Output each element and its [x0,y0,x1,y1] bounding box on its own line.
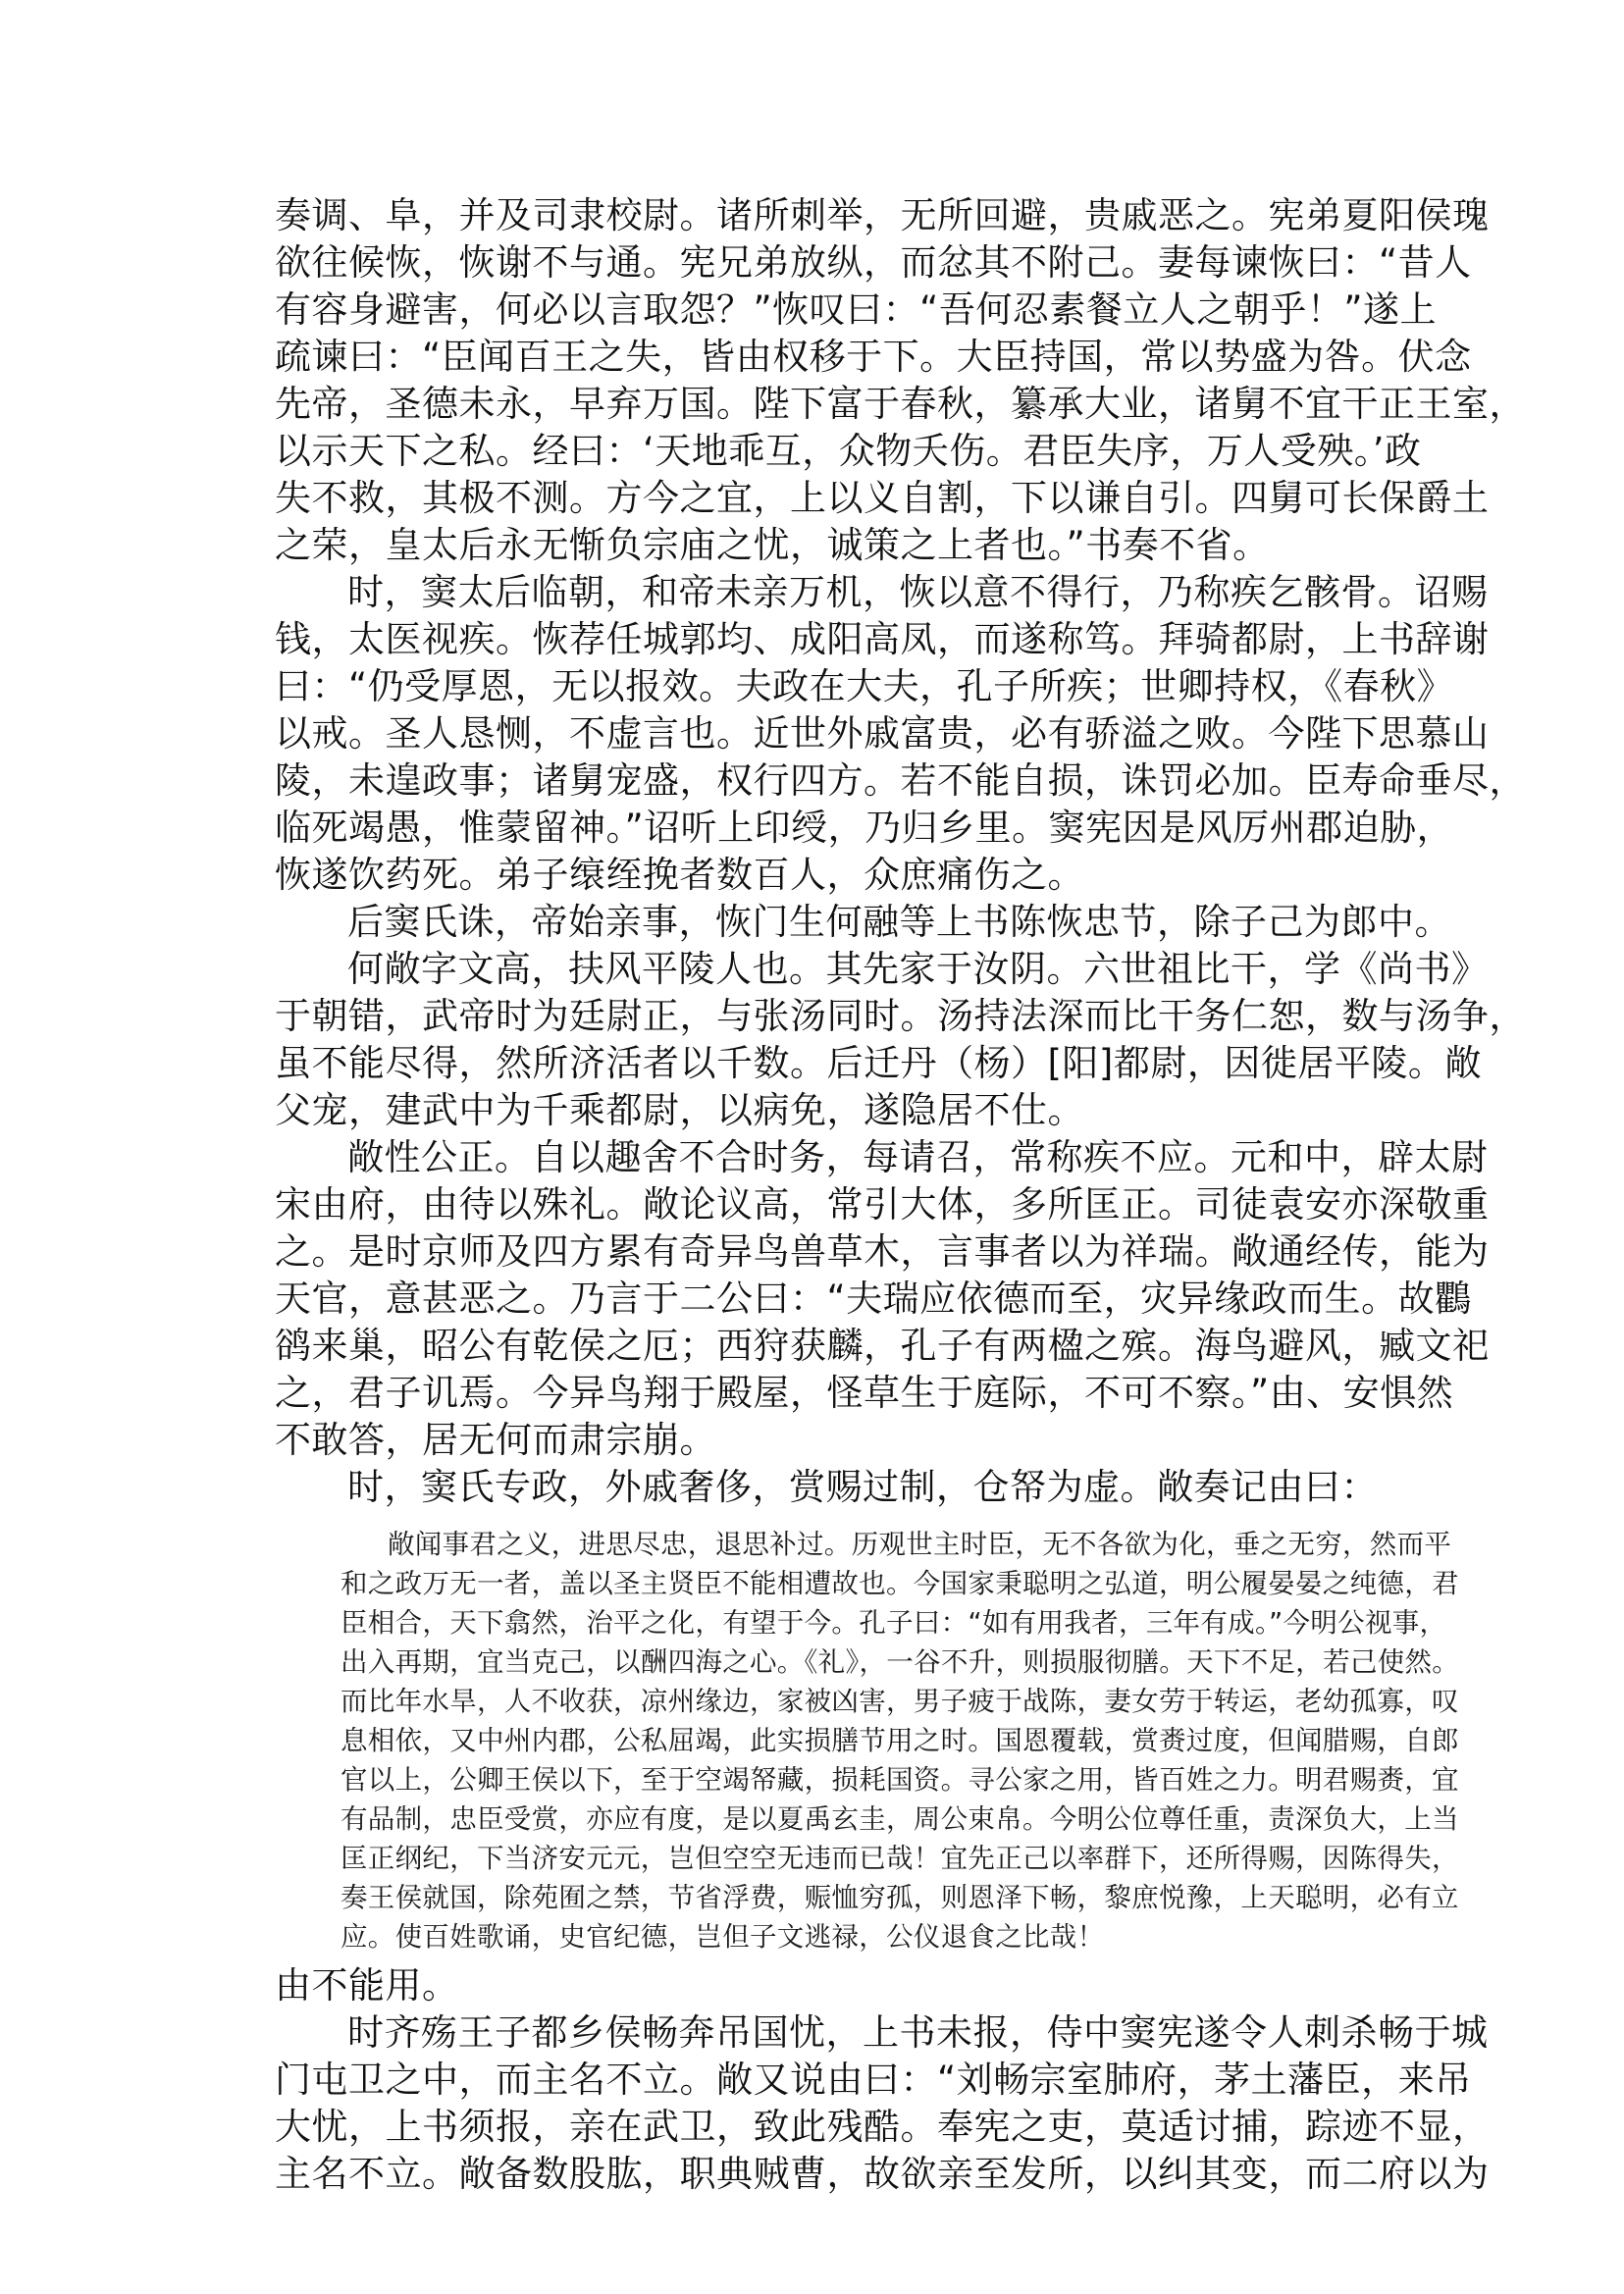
quote-line: 奏王侯就国，除苑囿之禁，节省浮费，赈恤穷孤，则恩泽下畅，黎庶悦豫，上天聪明，必有… [341,1878,1374,1917]
text-line: 时，窦氏专政，外戚奢侈，赏赐过制，仓帑为虚。敞奏记由曰： [275,1464,1374,1511]
text-line: 由不能用。 [275,1962,1374,2009]
quote-line: 和之政万无一者，盖以圣主贤臣不能相遭故也。今国家秉聪明之弘道，明公履晏晏之纯德，… [341,1564,1374,1603]
paragraph: 时齐殇王子都乡侯畅奔吊国忧，上书未报，侍中窦宪遂令人刺杀畅于城 门屯卫之中，而主… [275,2009,1374,2198]
text-line: 时，窦太后临朝，和帝未亲万机，恢以意不得行，乃称疾乞骸骨。诏赐 [275,569,1374,616]
text-line: 欲往候恢，恢谢不与通。宪兄弟放纵，而忿其不附己。妻每谏恢曰：“昔人 [275,239,1374,287]
text-line: 恢遂饮药死。弟子缞绖挽者数百人，众庶痛伤之。 [275,852,1374,899]
text-line: 以戒。圣人恳恻，不虚言也。近世外戚富贵，必有骄溢之败。今陛下思慕山 [275,710,1374,757]
text-line: 陵，未遑政事；诸舅宠盛，权行四方。若不能自损，诛罚必加。臣寿命垂尽， [275,757,1374,805]
text-line: 失不救，其极不测。方今之宜，上以义自割，下以谦自引。四舅可长保爵土 [275,475,1374,522]
quote-line: 有品制，忠臣受赏，亦应有度，是以夏禹玄圭，周公束帛。今明公位尊任重，责深负大，上… [341,1799,1374,1839]
text-line: 敞性公正。自以趣舍不合时务，每请召，常称疾不应。元和中，辟太尉 [275,1134,1374,1181]
text-line: 先帝，圣德未永，早弃万国。陛下富于春秋，纂承大业，诸舅不宜干正王室， [275,381,1374,428]
text-line: 主名不立。敞备数股肱，职典贼曹，故欲亲至发所，以纠其变，而二府以为 [275,2151,1374,2198]
paragraph: 奏调、阜，并及司隶校尉。诸所刺举，无所回避，贵戚恶之。宪弟夏阳侯瑰 欲往候恢，恢… [275,192,1374,569]
quote-line: 息相依，又中州内郡，公私屈竭，此实损膳节用之时。国恩覆载，赏赉过度，但闻腊赐，自… [341,1721,1374,1760]
quote-line: 臣相合，天下翕然，治平之化，有望于今。孔子曰：“如有用我者，三年有成。”今明公视… [341,1603,1374,1642]
text-line: 疏谏曰：“臣闻百王之失，皆由权移于下。大臣持国，常以势盛为咎。伏念 [275,334,1374,381]
paragraph: 后窦氏诛，帝始亲事，恢门生何融等上书陈恢忠节，除子己为郎中。 [275,899,1374,946]
text-line: 何敞字文高，扶风平陵人也。其先家于汝阴。六世祖比干，学《尚书》 [275,946,1374,993]
text-line: 之，君子讥焉。今异鸟翔于殿屋，怪草生于庭际，不可不察。”由、安惧然 [275,1370,1374,1417]
text-line: 之荣，皇太后永无惭负宗庙之忧，诚策之上者也。”书奏不省。 [275,522,1374,569]
text-line: 时齐殇王子都乡侯畅奔吊国忧，上书未报，侍中窦宪遂令人刺杀畅于城 [275,2009,1374,2057]
text-line: 奏调、阜，并及司隶校尉。诸所刺举，无所回避，贵戚恶之。宪弟夏阳侯瑰 [275,192,1374,239]
text-line: 有容身避害，何必以言取怨？”恢叹曰：“吾何忍素餐立人之朝乎！”遂上 [275,287,1374,334]
text-line: 父宠，建武中为千乘都尉，以病免，遂隐居不仕。 [275,1087,1374,1134]
quote-line: 出入再期，宜当克己，以酬四海之心。《礼》，一谷不升，则损服彻膳。天下不足，若己使… [341,1642,1374,1682]
text-line: 门屯卫之中，而主名不立。敞又说由曰：“刘畅宗室肺府，茅土藩臣，来吊 [275,2057,1374,2104]
paragraph: 时，窦氏专政，外戚奢侈，赏赐过制，仓帑为虚。敞奏记由曰： [275,1464,1374,1511]
text-line: 宋由府，由待以殊礼。敞论议高，常引大体，多所匡正。司徒袁安亦深敬重 [275,1181,1374,1228]
text-line: 不敢答，居无何而肃宗崩。 [275,1417,1374,1464]
quote-line: 而比年水旱，人不收获，凉州缘边，家被凶害，男子疲于战陈，妻女劳于转运，老幼孤寡，… [341,1682,1374,1721]
text-line: 鹆来巢，昭公有乾侯之厄；西狩获麟，孔子有两楹之殡。海鸟避风，臧文祀 [275,1323,1374,1370]
block-quote: 敞闻事君之义，进思尽忠，退思补过。历观世主时臣，无不各欲为化，垂之无穷，然而平 … [275,1525,1374,1956]
paragraph: 时，窦太后临朝，和帝未亲万机，恢以意不得行，乃称疾乞骸骨。诏赐 钱，太医视疾。恢… [275,569,1374,899]
quote-line: 敞闻事君之义，进思尽忠，退思补过。历观世主时臣，无不各欲为化，垂之无穷，然而平 [341,1525,1374,1564]
paragraph: 敞性公正。自以趣舍不合时务，每请召，常称疾不应。元和中，辟太尉 宋由府，由待以殊… [275,1134,1374,1464]
text-line: 临死竭愚，惟蒙留神。”诏听上印绶，乃归乡里。窦宪因是风厉州郡迫胁， [275,805,1374,852]
text-line: 钱，太医视疾。恢荐任城郭均、成阳高凤，而遂称笃。拜骑都尉，上书辞谢 [275,616,1374,663]
text-line: 大忧，上书须报，亲在武卫，致此残酷。奉宪之吏，莫适讨捕，踪迹不显， [275,2104,1374,2151]
quote-line: 应。使百姓歌诵，史官纪德，岂但子文逃禄，公仪退食之比哉！ [341,1917,1374,1956]
text-line: 之。是时京师及四方累有奇异鸟兽草木，言事者以为祥瑞。敞通经传，能为 [275,1228,1374,1276]
paragraph: 由不能用。 [275,1962,1374,2009]
paragraph: 何敞字文高，扶风平陵人也。其先家于汝阴。六世祖比干，学《尚书》 于朝错，武帝时为… [275,946,1374,1134]
text-line: 以示天下之私。经曰：‘天地乖互，众物夭伤。君臣失序，万人受殃。’政 [275,428,1374,475]
quote-line: 匡正纲纪，下当济安元元，岂但空空无违而已哉！宜先正己以率群下，还所得赐，因陈得失… [341,1839,1374,1878]
text-line: 后窦氏诛，帝始亲事，恢门生何融等上书陈恢忠节，除子己为郎中。 [275,899,1374,946]
document-page: 奏调、阜，并及司隶校尉。诸所刺举，无所回避，贵戚恶之。宪弟夏阳侯瑰 欲往候恢，恢… [275,192,1374,2198]
quote-line: 官以上，公卿王侯以下，至于空竭帑藏，损耗国资。寻公家之用，皆百姓之力。明君赐赉，… [341,1760,1374,1799]
text-line: 曰：“仍受厚恩，无以报效。夫政在大夫，孔子所疾；世卿持权，《春秋》 [275,663,1374,710]
text-line: 虽不能尽得，然所济活者以千数。后迁丹（杨）[阳]都尉，因徙居平陵。敞 [275,1040,1374,1087]
text-line: 天官，意甚恶之。乃言于二公曰：“夫瑞应依德而至，灾异缘政而生。故鸜 [275,1276,1374,1323]
text-line: 于朝错，武帝时为廷尉正，与张汤同时。汤持法深而比干务仁恕，数与汤争， [275,993,1374,1040]
